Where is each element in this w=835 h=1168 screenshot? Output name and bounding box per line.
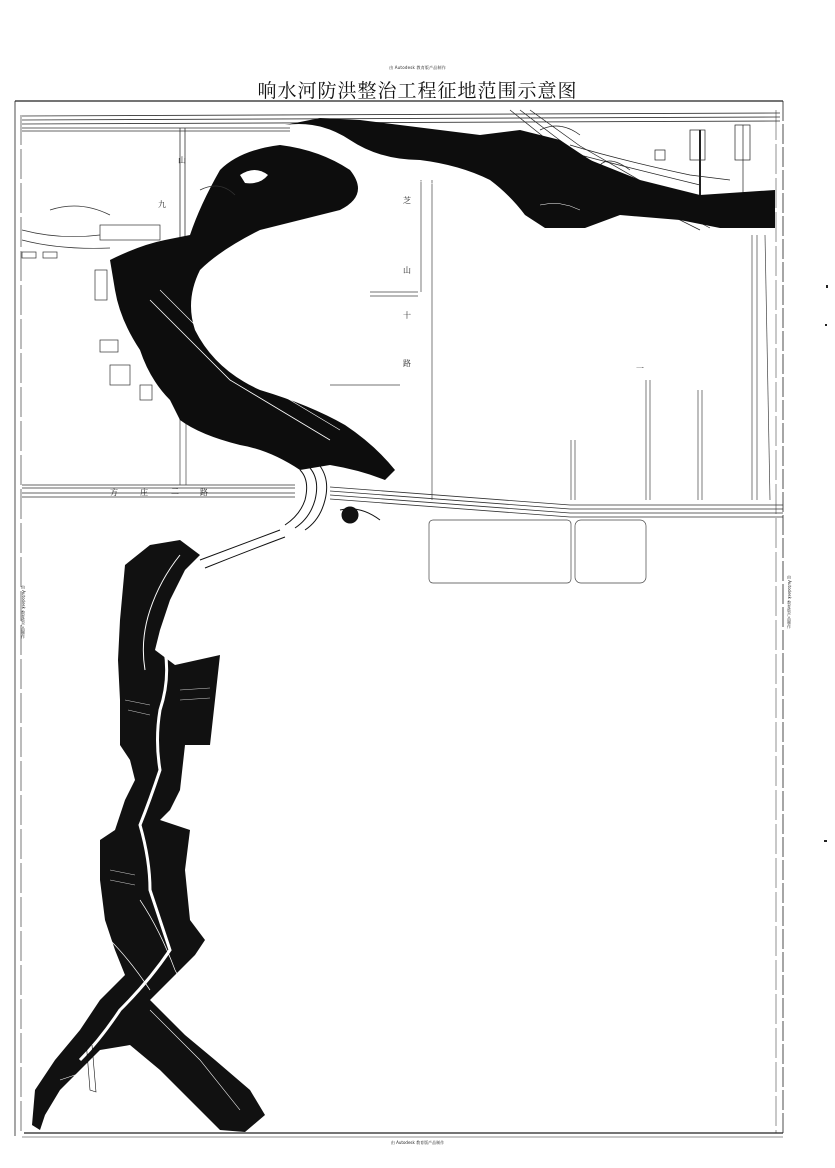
grid-roads [180,180,770,583]
label-east-block: 一 [636,364,644,373]
label-west-road-1: 山 [178,155,186,165]
label-main-road-3: 二 [171,487,179,496]
scan-marks [824,285,828,842]
label-east-road-2: 山 [403,265,411,275]
horizontal-road [22,485,783,517]
label-main-road-1: 方 [110,487,118,497]
map-drawing: 山 九 芝 山 十 路 方 庄 二 路 一 [0,0,835,1168]
label-main-road-2: 庄 [140,487,148,497]
river-corridor-upper [110,118,775,480]
label-east-road-1: 芝 [403,195,411,205]
label-east-road-3: 十 [403,310,411,320]
label-east-road-4: 路 [403,358,411,368]
river-corridor-middle [32,528,290,1132]
label-main-road-4: 路 [200,487,208,497]
label-west-road-2: 九 [158,199,166,209]
